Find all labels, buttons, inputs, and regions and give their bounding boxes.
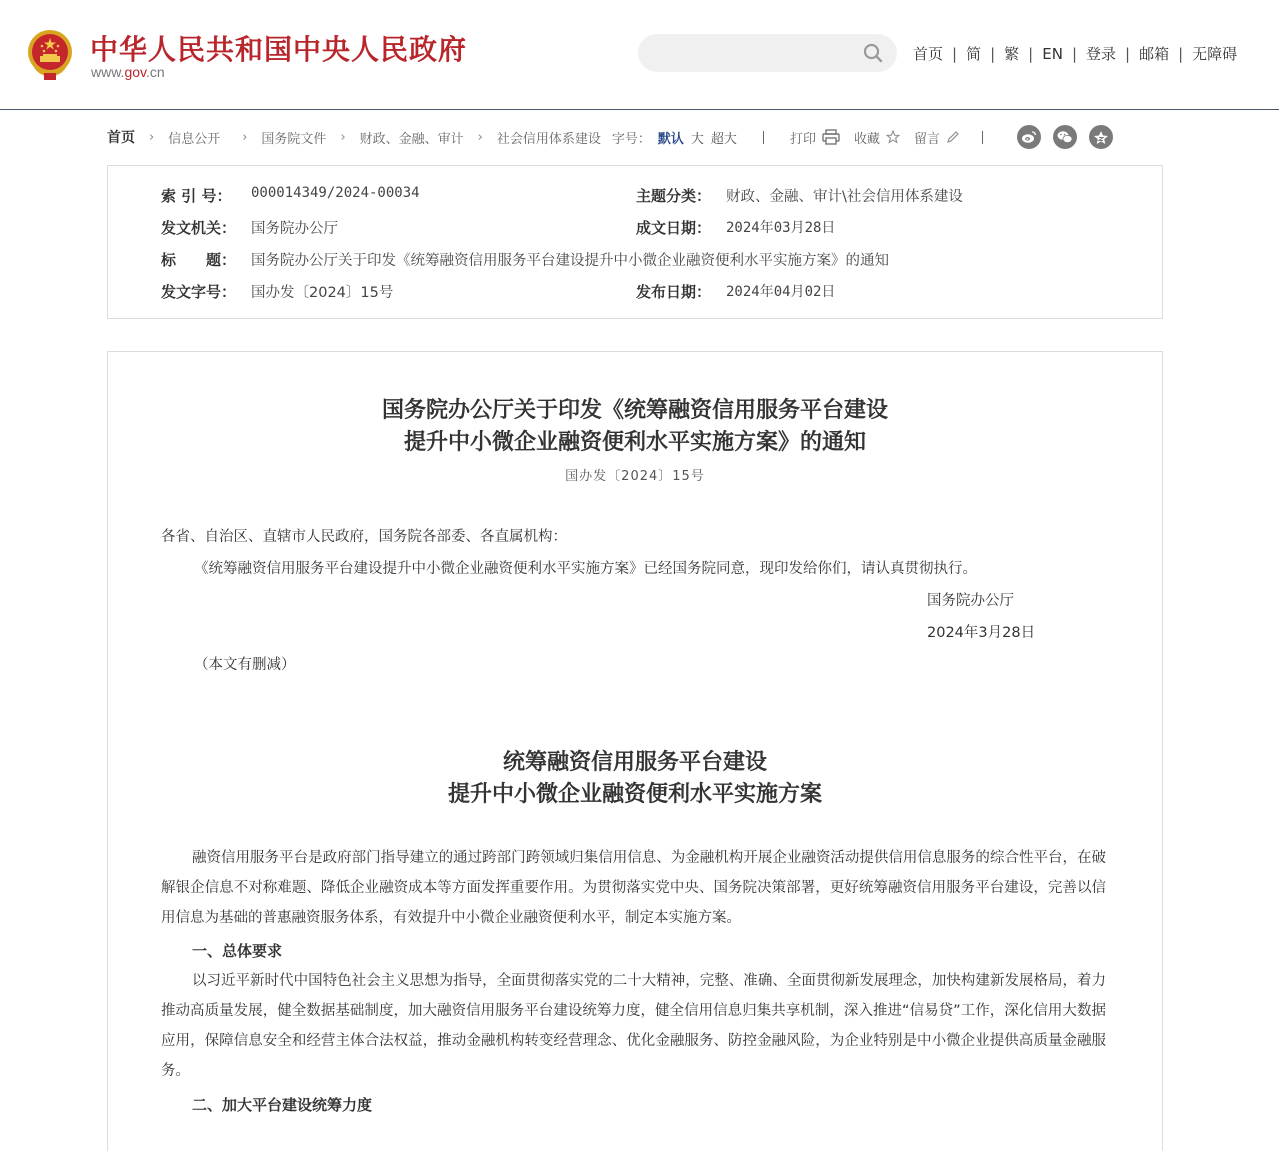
signer: 国务院办公厅 bbox=[927, 586, 1014, 616]
breadcrumb-info-disclosure[interactable]: 信息公开 bbox=[168, 128, 220, 147]
meta-label: 主题分类： bbox=[636, 185, 726, 206]
article-title-line2: 提升中小微企业融资便利水平实施方案》的通知 bbox=[108, 426, 1162, 458]
national-emblem-icon[interactable] bbox=[26, 29, 74, 81]
meta-value: 国务院办公厅 bbox=[251, 217, 338, 238]
font-size-xlarge[interactable]: 超大 bbox=[711, 128, 737, 147]
meta-value: 2024年04月02日 bbox=[726, 281, 835, 302]
favorite-label: 收藏 bbox=[854, 128, 880, 147]
nav-login[interactable]: 登录 bbox=[1086, 43, 1116, 64]
comment-label: 留言 bbox=[914, 128, 940, 147]
qzone-icon bbox=[1093, 130, 1109, 145]
meta-doc-no: 发文字号： 国办发〔2024〕15号 bbox=[161, 281, 393, 302]
section1-text: 以习近平新时代中国特色社会主义思想为指导，全面贯彻落实党的二十大精神，完整、准确… bbox=[161, 973, 1106, 1079]
meta-label: 索 引 号： bbox=[161, 185, 251, 206]
divider bbox=[763, 131, 764, 144]
nav-home[interactable]: 首页 bbox=[913, 43, 943, 64]
breadcrumb-home[interactable]: 首页 bbox=[107, 127, 135, 147]
search-input[interactable] bbox=[654, 40, 854, 66]
top-nav: 首页| 简| 繁| EN| 登录| 邮箱| 无障碍 bbox=[913, 43, 1237, 64]
search-box bbox=[638, 34, 897, 72]
meta-value: 000014349/2024-00034 bbox=[251, 185, 420, 206]
divider bbox=[982, 131, 983, 144]
meta-value: 财政、金融、审计\社会信用体系建设 bbox=[726, 185, 963, 206]
meta-written-date: 成文日期： 2024年03月28日 bbox=[636, 217, 835, 238]
share-qzone-button[interactable] bbox=[1089, 125, 1113, 149]
nav-accessibility[interactable]: 无障碍 bbox=[1192, 43, 1237, 64]
article-title-line1: 国务院办公厅关于印发《统筹融资信用服务平台建设 bbox=[108, 394, 1162, 426]
print-label: 打印 bbox=[790, 128, 816, 147]
plan-title-line2: 提升中小微企业融资便利水平实施方案 bbox=[108, 778, 1162, 810]
site-title[interactable]: 中华人民共和国中央人民政府 bbox=[90, 28, 467, 68]
nav-mailbox[interactable]: 邮箱 bbox=[1139, 43, 1169, 64]
intro-text: 融资信用服务平台是政府部门指导建立的通过跨部门跨领域归集信用信息、为金融机构开展… bbox=[161, 850, 1106, 926]
nav-separator: | bbox=[1028, 45, 1033, 63]
nav-separator: | bbox=[1072, 45, 1077, 63]
nav-separator: | bbox=[952, 45, 957, 63]
section-heading-1: 一、总体要求 bbox=[192, 940, 282, 961]
font-size-default[interactable]: 默认 bbox=[658, 128, 684, 147]
comment-button[interactable]: 留言 bbox=[914, 128, 960, 147]
nav-simplified[interactable]: 简 bbox=[966, 43, 981, 64]
chevron-right-icon: › bbox=[478, 130, 483, 145]
search-icon[interactable] bbox=[863, 43, 883, 63]
url-prefix: www. bbox=[91, 64, 124, 80]
share-weibo-button[interactable] bbox=[1017, 125, 1041, 149]
star-icon bbox=[886, 130, 900, 144]
nav-separator: | bbox=[990, 45, 995, 63]
meta-label: 发文机关： bbox=[161, 217, 251, 238]
breadcrumb-state-council-docs[interactable]: 国务院文件 bbox=[261, 128, 326, 147]
article-content: 国务院办公厅关于印发《统筹融资信用服务平台建设 提升中小微企业融资便利水平实施方… bbox=[107, 351, 1163, 1125]
meta-title: 标 题： 国务院办公厅关于印发《统筹融资信用服务平台建设提升中小微企业融资便利水… bbox=[161, 249, 889, 270]
abridged-note: （本文有删减） bbox=[194, 650, 296, 680]
font-size-large[interactable]: 大 bbox=[691, 128, 704, 147]
meta-value: 国办发〔2024〕15号 bbox=[251, 281, 393, 302]
share-wechat-button[interactable] bbox=[1053, 125, 1077, 149]
chevron-right-icon: › bbox=[242, 130, 247, 145]
weibo-icon bbox=[1021, 130, 1037, 144]
sign-date: 2024年3月28日 bbox=[927, 618, 1035, 648]
section1-paragraph: 以习近平新时代中国特色社会主义思想为指导，全面贯彻落实党的二十大精神，完整、准确… bbox=[161, 966, 1106, 1086]
chevron-right-icon: › bbox=[149, 130, 154, 145]
meta-label: 发布日期： bbox=[636, 281, 726, 302]
breadcrumb-toolbar: 首页 › 信息公开 › 国务院文件 › 财政、金融、审计 › 社会信用体系建设 … bbox=[107, 123, 1163, 151]
plan-title-line1: 统筹融资信用服务平台建设 bbox=[108, 746, 1162, 778]
meta-label: 成文日期： bbox=[636, 217, 726, 238]
meta-issuer: 发文机关： 国务院办公厅 bbox=[161, 217, 338, 238]
nav-separator: | bbox=[1178, 45, 1183, 63]
section-heading-2: 二、加大平台建设统筹力度 bbox=[192, 1094, 372, 1115]
nav-traditional[interactable]: 繁 bbox=[1004, 43, 1019, 64]
site-header: 中华人民共和国中央人民政府 www.gov.cn 首页| 简| 繁| EN| 登… bbox=[0, 0, 1279, 110]
printer-icon bbox=[822, 129, 840, 145]
meta-category: 主题分类： 财政、金融、审计\社会信用体系建设 bbox=[636, 185, 963, 206]
breadcrumb-social-credit[interactable]: 社会信用体系建设 bbox=[497, 128, 601, 147]
chevron-right-icon: › bbox=[340, 130, 345, 145]
breadcrumb-finance[interactable]: 财政、金融、审计 bbox=[360, 128, 464, 147]
meta-index-no: 索 引 号： 000014349/2024-00034 bbox=[161, 185, 420, 206]
nav-english[interactable]: EN bbox=[1042, 45, 1063, 63]
meta-label: 发文字号： bbox=[161, 281, 251, 302]
font-size-selector: 字号： 默认 大 超大 bbox=[612, 128, 737, 147]
wechat-icon bbox=[1057, 130, 1073, 144]
addressee: 各省、自治区、直辖市人民政府，国务院各部委、各直属机构： bbox=[161, 522, 567, 552]
url-accent: gov bbox=[124, 64, 146, 80]
url-suffix: .cn bbox=[146, 64, 165, 80]
document-metadata: 索 引 号： 000014349/2024-00034 主题分类： 财政、金融、… bbox=[107, 165, 1163, 319]
notice-body: 《统筹融资信用服务平台建设提升中小微企业融资便利水平实施方案》已经国务院同意，现… bbox=[194, 554, 977, 584]
site-url: www.gov.cn bbox=[91, 64, 165, 80]
intro-paragraph: 融资信用服务平台是政府部门指导建立的通过跨部门跨领域归集信用信息、为金融机构开展… bbox=[161, 843, 1106, 933]
meta-value: 国务院办公厅关于印发《统筹融资信用服务平台建设提升中小微企业融资便利水平实施方案… bbox=[251, 249, 889, 270]
pencil-icon bbox=[946, 130, 960, 144]
meta-publish-date: 发布日期： 2024年04月02日 bbox=[636, 281, 835, 302]
share-buttons bbox=[1017, 125, 1113, 149]
favorite-button[interactable]: 收藏 bbox=[854, 128, 900, 147]
meta-value: 2024年03月28日 bbox=[726, 217, 835, 238]
print-button[interactable]: 打印 bbox=[790, 128, 840, 147]
nav-separator: | bbox=[1125, 45, 1130, 63]
meta-label: 标 题： bbox=[161, 249, 251, 270]
font-size-label: 字号： bbox=[612, 128, 651, 147]
article-doc-number: 国办发〔2024〕15号 bbox=[108, 465, 1162, 484]
